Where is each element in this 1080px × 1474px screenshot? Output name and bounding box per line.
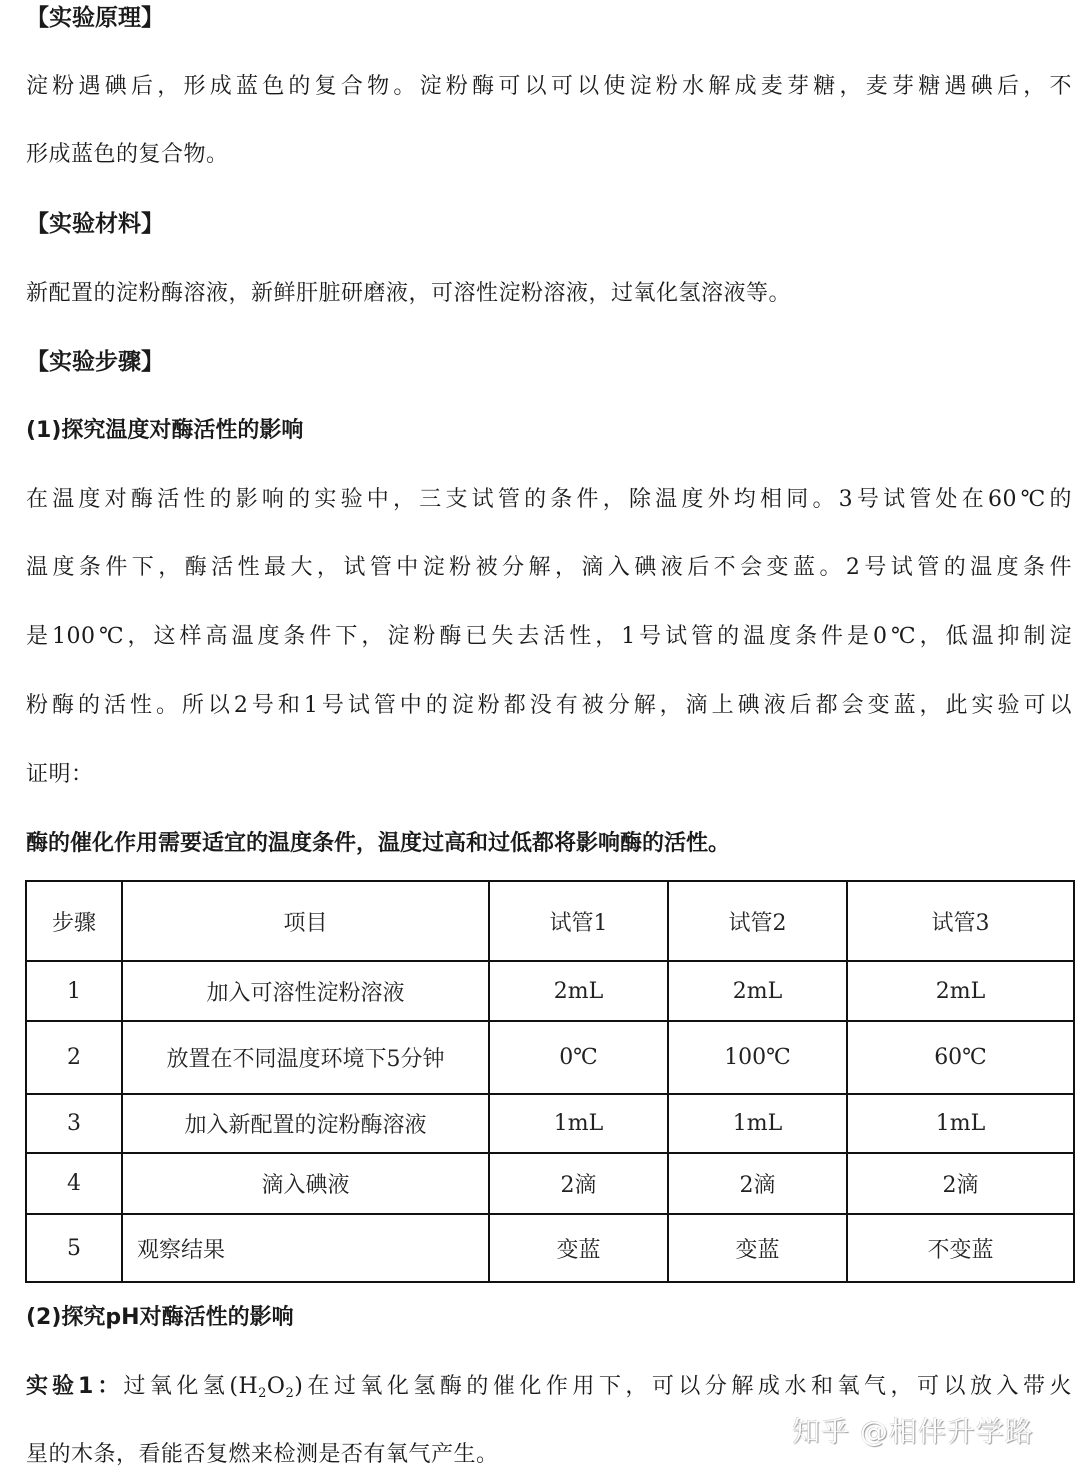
- header-tube-2: 试管2: [668, 881, 847, 961]
- principle-text-line-1: 淀粉遇碘后，形成蓝色的复合物。淀粉酶可以可以使淀粉水解成麦芽糖，麦芽糖遇碘后，不: [26, 72, 1072, 102]
- exp1-text-b: O: [267, 1374, 286, 1399]
- part2-title: (2)探究pH对酶活性的影响: [26, 1303, 1072, 1333]
- part1-text-line-5: 证明：: [26, 760, 1072, 790]
- part1-text-line-1: 在温度对酶活性的影响的实验中，三支试管的条件，除温度外均相同。3号试管处在60℃…: [26, 485, 1072, 515]
- cell-tube-3: 60℃: [847, 1021, 1074, 1094]
- section-heading-materials: 【实验材料】: [26, 209, 1072, 239]
- experiment-table: 步骤 项目 试管1 试管2 试管3 1 加入可溶性淀粉溶液 2mL 2mL 2m…: [25, 880, 1075, 1283]
- exp1-label: 实验1：: [26, 1374, 123, 1399]
- section-heading-principle: 【实验原理】: [26, 3, 1072, 33]
- cell-tube-3: 不变蓝: [847, 1214, 1074, 1282]
- part1-text-line-4: 粉酶的活性。所以2号和1号试管中的淀粉都没有被分解，滴上碘液后都会变蓝，此实验可…: [26, 691, 1072, 721]
- cell-tube-1: 2滴: [489, 1153, 668, 1214]
- part2-exp1-line-1: 实验1：过氧化氢(H2O2)在过氧化氢酶的催化作用下，可以分解成水和氧气，可以放…: [26, 1372, 1072, 1402]
- cell-step: 1: [26, 961, 122, 1021]
- cell-tube-3: 2滴: [847, 1153, 1074, 1214]
- cell-tube-2: 2滴: [668, 1153, 847, 1214]
- cell-item: 滴入碘液: [122, 1153, 489, 1214]
- cell-tube-1: 0℃: [489, 1021, 668, 1094]
- section-heading-steps: 【实验步骤】: [26, 347, 1072, 377]
- cell-step: 2: [26, 1021, 122, 1094]
- cell-tube-1: 变蓝: [489, 1214, 668, 1282]
- table-row: 1 加入可溶性淀粉溶液 2mL 2mL 2mL: [26, 961, 1074, 1021]
- part1-text-line-3: 是100℃，这样高温度条件下，淀粉酶已失去活性，1号试管的温度条件是0℃，低温抑…: [26, 622, 1072, 652]
- table-row: 2 放置在不同温度环境下5分钟 0℃ 100℃ 60℃: [26, 1021, 1074, 1094]
- cell-item: 加入可溶性淀粉溶液: [122, 961, 489, 1021]
- cell-tube-1: 2mL: [489, 961, 668, 1021]
- cell-item: 放置在不同温度环境下5分钟: [122, 1021, 489, 1094]
- part1-title: (1)探究温度对酶活性的影响: [26, 416, 1072, 446]
- cell-tube-1: 1mL: [489, 1094, 668, 1153]
- table-row: 4 滴入碘液 2滴 2滴 2滴: [26, 1153, 1074, 1214]
- part1-conclusion: 酶的催化作用需要适宜的温度条件，温度过高和过低都将影响酶的活性。: [26, 829, 1072, 859]
- table-row: 3 加入新配置的淀粉酶溶液 1mL 1mL 1mL: [26, 1094, 1074, 1153]
- exp1-text-c: )在过氧化氢酶的催化作用下，可以分解成水和氧气，可以放入带火: [294, 1374, 1072, 1399]
- part1-text-line-2: 温度条件下，酶活性最大，试管中淀粉被分解，滴入碘液后不会变蓝。2号试管的温度条件: [26, 553, 1072, 583]
- cell-item: 加入新配置的淀粉酶溶液: [122, 1094, 489, 1153]
- cell-step: 4: [26, 1153, 122, 1214]
- cell-tube-2: 2mL: [668, 961, 847, 1021]
- watermark: 知乎 @相伴升学路: [792, 1410, 1034, 1450]
- exp1-text-a: 过氧化氢(H: [123, 1374, 258, 1399]
- cell-item: 观察结果: [122, 1214, 489, 1282]
- header-step: 步骤: [26, 881, 122, 961]
- cell-tube-2: 变蓝: [668, 1214, 847, 1282]
- exp1-subscript-1: 2: [258, 1386, 267, 1401]
- cell-tube-2: 1mL: [668, 1094, 847, 1153]
- cell-step: 3: [26, 1094, 122, 1153]
- header-tube-3: 试管3: [847, 881, 1074, 961]
- cell-tube-2: 100℃: [668, 1021, 847, 1094]
- materials-text: 新配置的淀粉酶溶液，新鲜肝脏研磨液，可溶性淀粉溶液，过氧化氢溶液等。: [26, 279, 1072, 309]
- table-header-row: 步骤 项目 试管1 试管2 试管3: [26, 881, 1074, 961]
- cell-tube-3: 2mL: [847, 961, 1074, 1021]
- header-tube-1: 试管1: [489, 881, 668, 961]
- exp1-subscript-2: 2: [285, 1386, 294, 1401]
- cell-tube-3: 1mL: [847, 1094, 1074, 1153]
- principle-text-line-2: 形成蓝色的复合物。: [26, 140, 1072, 170]
- cell-step: 5: [26, 1214, 122, 1282]
- header-item: 项目: [122, 881, 489, 961]
- table-row: 5 观察结果 变蓝 变蓝 不变蓝: [26, 1214, 1074, 1282]
